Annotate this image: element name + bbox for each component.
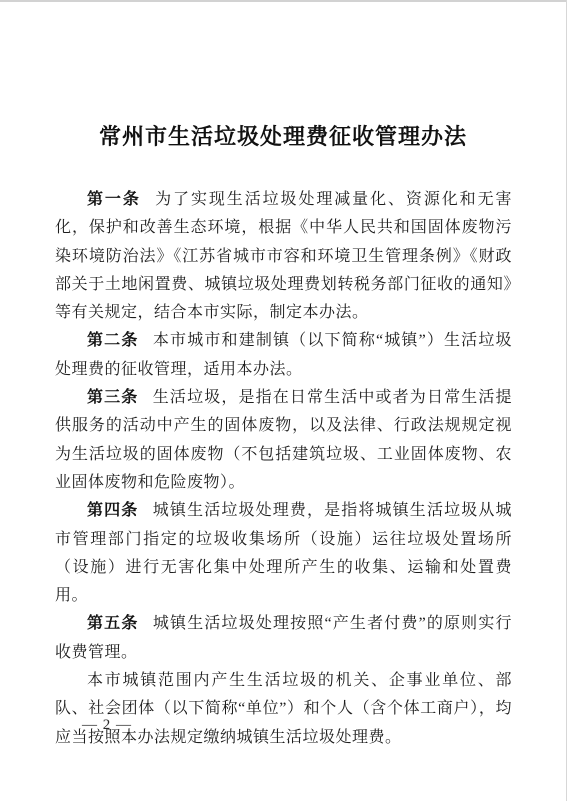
document-title: 常州市生活垃圾处理费征收管理办法 (0, 124, 566, 150)
paragraph: 第三条生活垃圾，是指在日常生活中或者为日常生活提供服务的活动中产生的固体废物，以… (55, 384, 512, 497)
article-number-label: 第四条 (87, 502, 138, 519)
paragraph: 第二条本市城市和建制镇（以下简称“城镇”）生活垃圾处理费的征收管理，适用本办法。 (55, 327, 512, 384)
paragraph-text: 为了实现生活垃圾处理减量化、资源化和无害化，保护和改善生态环境，根据《中华人民共… (55, 191, 512, 321)
article-number-label: 第一条 (87, 191, 141, 208)
document-body: 第一条为了实现生活垃圾处理减量化、资源化和无害化，保护和改善生态环境，根据《中华… (55, 186, 512, 752)
paragraph-text: 本市城镇范围内产生生活垃圾的机关、企事业单位、部队、社会团体（以下简称“单位”）… (55, 672, 512, 746)
paragraph: 第五条城镇生活垃圾处理按照“产生者付费”的原则实行收费管理。 (55, 610, 512, 667)
paragraph: 本市城镇范围内产生生活垃圾的机关、企事业单位、部队、社会团体（以下简称“单位”）… (55, 667, 512, 752)
article-number-label: 第二条 (87, 332, 139, 349)
paragraph: 第一条为了实现生活垃圾处理减量化、资源化和无害化，保护和改善生态环境，根据《中华… (55, 186, 512, 327)
paragraph: 第四条城镇生活垃圾处理费，是指将城镇生活垃圾从城市管理部门指定的垃圾收集场所（设… (55, 497, 512, 610)
article-number-label: 第三条 (87, 389, 138, 406)
page-number: — 2 — (82, 717, 132, 734)
page-top-edge (0, 0, 566, 2)
document-page: 常州市生活垃圾处理费征收管理办法 第一条为了实现生活垃圾处理减量化、资源化和无害… (0, 0, 567, 801)
article-number-label: 第五条 (87, 615, 139, 632)
